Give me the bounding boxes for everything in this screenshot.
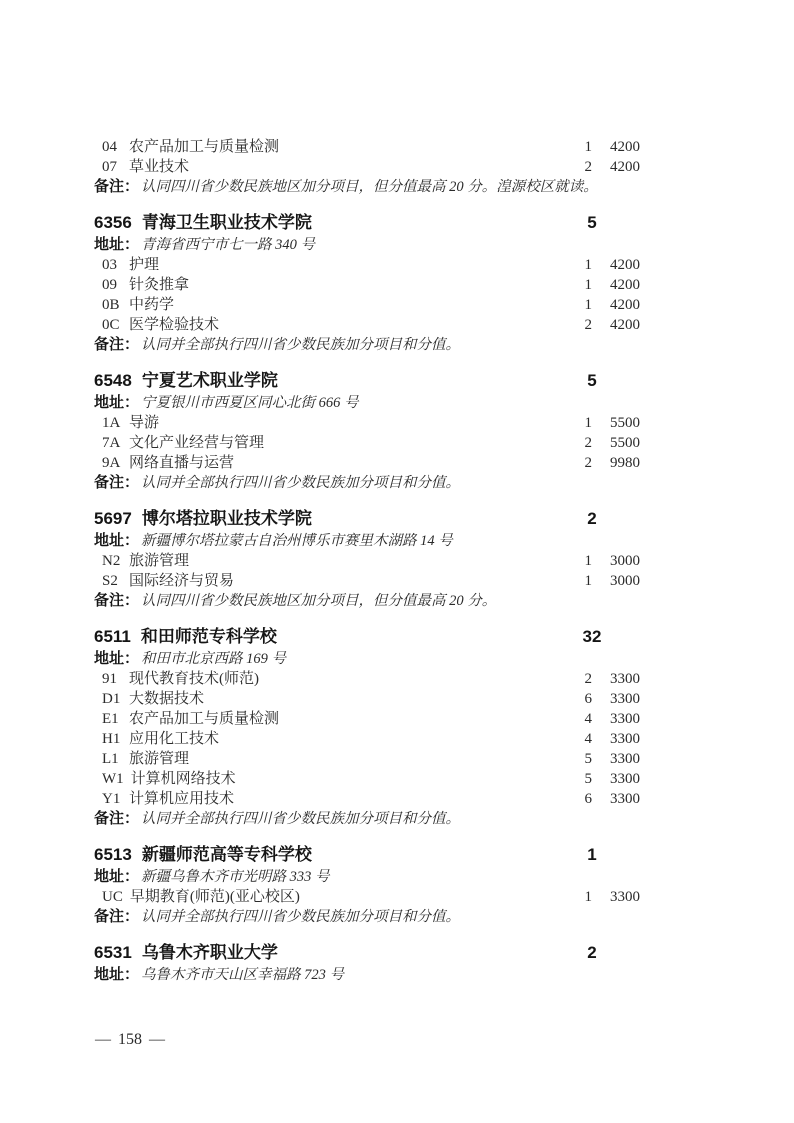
school-title: 6548宁夏艺术职业学院: [94, 369, 544, 393]
program-name: 91现代教育技术(师范): [102, 669, 552, 689]
address-line: 地址：新疆博尔塔拉蒙古自治州博乐市赛里木湖路 14 号: [94, 531, 640, 551]
tuition-fee: 5500: [592, 433, 640, 453]
plan-count: 2: [552, 315, 592, 335]
school-name: 乌鲁木齐职业大学: [142, 943, 278, 962]
plan-count: 2: [552, 433, 592, 453]
program-row: H1应用化工技术 4 3300: [94, 729, 640, 749]
address-value: 新疆博尔塔拉蒙古自治州博乐市赛里木湖路 14 号: [141, 533, 453, 549]
school-title: 6511和田师范专科学校: [94, 625, 544, 649]
program-name: 7A文化产业经营与管理: [102, 433, 552, 453]
program-title: 针灸推拿: [129, 277, 189, 293]
program-code: 0C: [102, 315, 122, 335]
program-title: 文化产业经营与管理: [129, 435, 264, 451]
note-value: 认同并全部执行四川省少数民族加分项目和分值。: [141, 811, 460, 827]
school-plan-total: 2: [544, 507, 640, 531]
address-line: 地址：青海省西宁市七一路 340 号: [94, 235, 640, 255]
note-value: 认同并全部执行四川省少数民族加分项目和分值。: [141, 337, 460, 353]
note-line: 备注：认同四川省少数民族地区加分项目，但分值最高 20 分。: [94, 591, 640, 611]
plan-count: 1: [552, 551, 592, 571]
program-title: 医学检验技术: [129, 317, 219, 333]
program-name: UC早期教育(师范)(亚心校区): [102, 887, 552, 907]
document-page: 04农产品加工与质量检测 1 4200 07草业技术 2 4200 备注：认同四…: [0, 0, 794, 1123]
school-plan-total: 5: [544, 369, 640, 393]
program-name: 04农产品加工与质量检测: [102, 137, 552, 157]
school-code: 5697: [94, 509, 132, 528]
plan-count: 2: [552, 669, 592, 689]
address-label: 地址：: [94, 966, 139, 983]
program-row: S2国际经济与贸易 1 3000: [94, 571, 640, 591]
program-rows: 91现代教育技术(师范) 2 3300 D1大数据技术 6 3300 E1农产品…: [94, 669, 640, 809]
program-title: 国际经济与贸易: [129, 573, 234, 589]
page-number: 158: [118, 1031, 142, 1048]
program-code: 04: [102, 137, 122, 157]
program-code: 91: [102, 669, 122, 689]
school-name: 新疆师范高等专科学校: [142, 845, 312, 864]
program-code: H1: [102, 729, 122, 749]
school-plan-total: 1: [544, 843, 640, 867]
program-code: E1: [102, 709, 122, 729]
school-plan-total: 5: [544, 211, 640, 235]
program-row: N2旅游管理 1 3000: [94, 551, 640, 571]
program-title: 计算机网络技术: [131, 771, 236, 787]
plan-count: 1: [552, 413, 592, 433]
school-section: 6531乌鲁木齐职业大学 2 地址：乌鲁木齐市天山区幸福路 723 号: [94, 941, 640, 985]
program-row: 0C医学检验技术 2 4200: [94, 315, 640, 335]
tuition-fee: 4200: [592, 315, 640, 335]
school-code: 6548: [94, 371, 132, 390]
note-value: 认同并全部执行四川省少数民族加分项目和分值。: [141, 475, 460, 491]
address-value: 宁夏银川市西夏区同心北街 666 号: [141, 395, 359, 411]
note-line: 备注：认同并全部执行四川省少数民族加分项目和分值。: [94, 335, 640, 355]
tuition-fee: 4200: [592, 275, 640, 295]
note-label: 备注：: [94, 592, 139, 609]
school-plan-total: 32: [544, 625, 640, 649]
school-title: 6531乌鲁木齐职业大学: [94, 941, 544, 965]
program-name: 07草业技术: [102, 157, 552, 177]
program-code: 03: [102, 255, 122, 275]
footer-left-dash: —: [95, 1031, 111, 1048]
program-title: 应用化工技术: [129, 731, 219, 747]
note-line: 备注：认同并全部执行四川省少数民族加分项目和分值。: [94, 907, 640, 927]
page-footer: —158—: [95, 1030, 165, 1050]
program-code: 0B: [102, 295, 122, 315]
address-value: 青海省西宁市七一路 340 号: [141, 237, 315, 253]
tuition-fee: 3300: [592, 669, 640, 689]
program-name: N2旅游管理: [102, 551, 552, 571]
plan-count: 5: [552, 749, 592, 769]
school-header: 6531乌鲁木齐职业大学 2: [94, 941, 640, 965]
school-header: 6513新疆师范高等专科学校 1: [94, 843, 640, 867]
plan-count: 2: [552, 453, 592, 473]
school-header: 6356青海卫生职业技术学院 5: [94, 211, 640, 235]
school-name: 青海卫生职业技术学院: [142, 213, 312, 232]
program-rows: UC早期教育(师范)(亚心校区) 1 3300: [94, 887, 640, 907]
program-rows: N2旅游管理 1 3000 S2国际经济与贸易 1 3000: [94, 551, 640, 591]
program-name: Y1计算机应用技术: [102, 789, 552, 809]
program-title: 农产品加工与质量检测: [129, 139, 279, 155]
school-section: 6513新疆师范高等专科学校 1 地址：新疆乌鲁木齐市光明路 333 号 UC早…: [94, 843, 640, 927]
note-label: 备注：: [94, 810, 139, 827]
school-code: 6531: [94, 943, 132, 962]
note-label: 备注：: [94, 178, 139, 195]
address-line: 地址：乌鲁木齐市天山区幸福路 723 号: [94, 965, 640, 985]
tuition-fee: 9980: [592, 453, 640, 473]
school-section: 04农产品加工与质量检测 1 4200 07草业技术 2 4200 备注：认同四…: [94, 137, 640, 197]
school-section: 6511和田师范专科学校 32 地址：和田市北京西路 169 号 91现代教育技…: [94, 625, 640, 829]
address-label: 地址：: [94, 650, 139, 667]
school-name: 和田师范专科学校: [141, 627, 277, 646]
school-title: 5697博尔塔拉职业技术学院: [94, 507, 544, 531]
tuition-fee: 3300: [592, 789, 640, 809]
program-name: 0C医学检验技术: [102, 315, 552, 335]
address-value: 乌鲁木齐市天山区幸福路 723 号: [141, 967, 344, 983]
program-title: 计算机应用技术: [129, 791, 234, 807]
note-value: 认同四川省少数民族地区加分项目，但分值最高 20 分。湟源校区就读。: [141, 179, 598, 195]
school-header: 6511和田师范专科学校 32: [94, 625, 640, 649]
program-code: D1: [102, 689, 122, 709]
note-value: 认同并全部执行四川省少数民族加分项目和分值。: [141, 909, 460, 925]
plan-count: 1: [552, 275, 592, 295]
note-value: 认同四川省少数民族地区加分项目，但分值最高 20 分。: [141, 593, 496, 609]
program-name: 9A网络直播与运营: [102, 453, 552, 473]
program-title: 草业技术: [129, 159, 189, 175]
tuition-fee: 3300: [592, 887, 640, 907]
plan-count: 4: [552, 709, 592, 729]
tuition-fee: 5500: [592, 413, 640, 433]
tuition-fee: 4200: [592, 255, 640, 275]
program-code: Y1: [102, 789, 122, 809]
program-name: 09针灸推拿: [102, 275, 552, 295]
school-name: 博尔塔拉职业技术学院: [142, 509, 312, 528]
program-name: E1农产品加工与质量检测: [102, 709, 552, 729]
address-value: 新疆乌鲁木齐市光明路 333 号: [141, 869, 330, 885]
tuition-fee: 3300: [592, 729, 640, 749]
program-title: 早期教育(师范)(亚心校区): [130, 889, 300, 905]
program-name: D1大数据技术: [102, 689, 552, 709]
tuition-fee: 3300: [592, 709, 640, 729]
admissions-list: 04农产品加工与质量检测 1 4200 07草业技术 2 4200 备注：认同四…: [94, 137, 640, 985]
program-row: 0B中药学 1 4200: [94, 295, 640, 315]
program-title: 导游: [129, 415, 159, 431]
plan-count: 2: [552, 157, 592, 177]
program-name: W1计算机网络技术: [102, 769, 552, 789]
program-title: 旅游管理: [129, 751, 189, 767]
program-code: N2: [102, 551, 122, 571]
program-code: L1: [102, 749, 122, 769]
address-value: 和田市北京西路 169 号: [141, 651, 286, 667]
program-code: 09: [102, 275, 122, 295]
program-name: H1应用化工技术: [102, 729, 552, 749]
address-label: 地址：: [94, 532, 139, 549]
program-code: 1A: [102, 413, 122, 433]
school-plan-total: 2: [544, 941, 640, 965]
tuition-fee: 3300: [592, 769, 640, 789]
school-section: 5697博尔塔拉职业技术学院 2 地址：新疆博尔塔拉蒙古自治州博乐市赛里木湖路 …: [94, 507, 640, 611]
plan-count: 4: [552, 729, 592, 749]
program-title: 护理: [129, 257, 159, 273]
program-row: 9A网络直播与运营 2 9980: [94, 453, 640, 473]
program-title: 现代教育技术(师范): [129, 671, 259, 687]
note-line: 备注：认同并全部执行四川省少数民族加分项目和分值。: [94, 473, 640, 493]
note-label: 备注：: [94, 336, 139, 353]
program-row: 91现代教育技术(师范) 2 3300: [94, 669, 640, 689]
program-row: 7A文化产业经营与管理 2 5500: [94, 433, 640, 453]
tuition-fee: 4200: [592, 157, 640, 177]
plan-count: 6: [552, 689, 592, 709]
footer-right-dash: —: [149, 1031, 165, 1048]
program-row: 09针灸推拿 1 4200: [94, 275, 640, 295]
address-label: 地址：: [94, 236, 139, 253]
tuition-fee: 3000: [592, 551, 640, 571]
tuition-fee: 3000: [592, 571, 640, 591]
plan-count: 1: [552, 295, 592, 315]
program-row: Y1计算机应用技术 6 3300: [94, 789, 640, 809]
program-code: W1: [102, 769, 124, 789]
school-code: 6511: [94, 627, 131, 646]
plan-count: 1: [552, 137, 592, 157]
school-header: 5697博尔塔拉职业技术学院 2: [94, 507, 640, 531]
plan-count: 5: [552, 769, 592, 789]
program-row: 1A导游 1 5500: [94, 413, 640, 433]
plan-count: 1: [552, 571, 592, 591]
plan-count: 1: [552, 887, 592, 907]
school-section: 6356青海卫生职业技术学院 5 地址：青海省西宁市七一路 340 号 03护理…: [94, 211, 640, 355]
program-code: 7A: [102, 433, 122, 453]
tuition-fee: 4200: [592, 137, 640, 157]
program-name: 0B中药学: [102, 295, 552, 315]
address-line: 地址：和田市北京西路 169 号: [94, 649, 640, 669]
program-rows: 04农产品加工与质量检测 1 4200 07草业技术 2 4200: [94, 137, 640, 177]
program-name: 03护理: [102, 255, 552, 275]
address-label: 地址：: [94, 394, 139, 411]
tuition-fee: 3300: [592, 689, 640, 709]
program-code: UC: [102, 887, 123, 907]
note-line: 备注：认同四川省少数民族地区加分项目，但分值最高 20 分。湟源校区就读。: [94, 177, 640, 197]
program-name: 1A导游: [102, 413, 552, 433]
program-rows: 03护理 1 4200 09针灸推拿 1 4200 0B中药学 1 4200 0…: [94, 255, 640, 335]
school-name: 宁夏艺术职业学院: [142, 371, 278, 390]
program-row: E1农产品加工与质量检测 4 3300: [94, 709, 640, 729]
program-row: 03护理 1 4200: [94, 255, 640, 275]
program-code: 07: [102, 157, 122, 177]
program-rows: 1A导游 1 5500 7A文化产业经营与管理 2 5500 9A网络直播与运营…: [94, 413, 640, 473]
program-row: 07草业技术 2 4200: [94, 157, 640, 177]
program-row: D1大数据技术 6 3300: [94, 689, 640, 709]
program-row: 04农产品加工与质量检测 1 4200: [94, 137, 640, 157]
program-title: 网络直播与运营: [129, 455, 234, 471]
program-title: 大数据技术: [129, 691, 204, 707]
school-code: 6513: [94, 845, 132, 864]
note-label: 备注：: [94, 474, 139, 491]
note-label: 备注：: [94, 908, 139, 925]
tuition-fee: 4200: [592, 295, 640, 315]
school-title: 6513新疆师范高等专科学校: [94, 843, 544, 867]
school-header: 6548宁夏艺术职业学院 5: [94, 369, 640, 393]
school-section: 6548宁夏艺术职业学院 5 地址：宁夏银川市西夏区同心北街 666 号 1A导…: [94, 369, 640, 493]
program-title: 中药学: [129, 297, 174, 313]
program-row: L1旅游管理 5 3300: [94, 749, 640, 769]
school-code: 6356: [94, 213, 132, 232]
program-row: W1计算机网络技术 5 3300: [94, 769, 640, 789]
tuition-fee: 3300: [592, 749, 640, 769]
note-line: 备注：认同并全部执行四川省少数民族加分项目和分值。: [94, 809, 640, 829]
plan-count: 1: [552, 255, 592, 275]
program-code: S2: [102, 571, 122, 591]
address-line: 地址：宁夏银川市西夏区同心北街 666 号: [94, 393, 640, 413]
program-code: 9A: [102, 453, 122, 473]
program-title: 旅游管理: [129, 553, 189, 569]
program-name: S2国际经济与贸易: [102, 571, 552, 591]
address-line: 地址：新疆乌鲁木齐市光明路 333 号: [94, 867, 640, 887]
program-name: L1旅游管理: [102, 749, 552, 769]
school-title: 6356青海卫生职业技术学院: [94, 211, 544, 235]
program-title: 农产品加工与质量检测: [129, 711, 279, 727]
plan-count: 6: [552, 789, 592, 809]
address-label: 地址：: [94, 868, 139, 885]
program-row: UC早期教育(师范)(亚心校区) 1 3300: [94, 887, 640, 907]
